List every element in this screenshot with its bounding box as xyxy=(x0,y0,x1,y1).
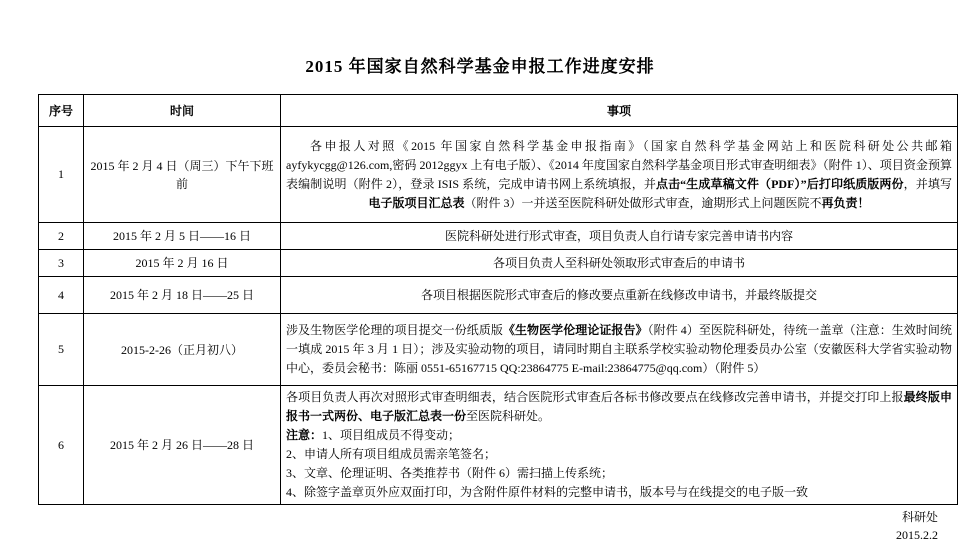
cell-seq: 5 xyxy=(39,314,84,386)
schedule-table: 序号 时间 事项 1 2015 年 2 月 4 日（周三）下午下班前 各申报人对… xyxy=(38,94,958,505)
cell-item: 各申报人对照《2015 年国家自然科学基金申报指南》（国家自然科学基金网站上和医… xyxy=(281,127,958,223)
footer-date: 2015.2.2 xyxy=(0,526,938,544)
cell-seq: 6 xyxy=(39,386,84,505)
header-item: 事项 xyxy=(281,95,958,127)
cell-item: 各项目负责人再次对照形式审查明细表，结合医院形式审查后各标书修改要点在线修改完善… xyxy=(281,386,958,505)
cell-seq: 1 xyxy=(39,127,84,223)
cell-time: 2015-2-26（正月初八） xyxy=(84,314,281,386)
cell-time: 2015 年 2 月 26 日——28 日 xyxy=(84,386,281,505)
cell-seq: 2 xyxy=(39,223,84,250)
table-row: 1 2015 年 2 月 4 日（周三）下午下班前 各申报人对照《2015 年国… xyxy=(39,127,958,223)
cell-time: 2015 年 2 月 16 日 xyxy=(84,250,281,277)
cell-seq: 3 xyxy=(39,250,84,277)
footer-department: 科研处 xyxy=(0,508,938,526)
table-header-row: 序号 时间 事项 xyxy=(39,95,958,127)
cell-time: 2015 年 2 月 18 日——25 日 xyxy=(84,277,281,314)
table-row: 6 2015 年 2 月 26 日——28 日 各项目负责人再次对照形式审查明细… xyxy=(39,386,958,505)
cell-item: 涉及生物医学伦理的项目提交一份纸质版《生物医学伦理论证报告》（附件 4）至医院科… xyxy=(281,314,958,386)
cell-time: 2015 年 2 月 5 日——16 日 xyxy=(84,223,281,250)
cell-item: 各项目负责人至科研处领取形式审查后的申请书 xyxy=(281,250,958,277)
header-time: 时间 xyxy=(84,95,281,127)
table-row: 4 2015 年 2 月 18 日——25 日 各项目根据医院形式审查后的修改要… xyxy=(39,277,958,314)
document-footer: 科研处 2015.2.2 xyxy=(0,508,938,544)
header-seq: 序号 xyxy=(39,95,84,127)
cell-seq: 4 xyxy=(39,277,84,314)
table-row: 2 2015 年 2 月 5 日——16 日 医院科研处进行形式审查，项目负责人… xyxy=(39,223,958,250)
page-title: 2015 年国家自然科学基金申报工作进度安排 xyxy=(0,0,960,94)
table-row: 3 2015 年 2 月 16 日 各项目负责人至科研处领取形式审查后的申请书 xyxy=(39,250,958,277)
cell-item: 各项目根据医院形式审查后的修改要点重新在线修改申请书，并最终版提交 xyxy=(281,277,958,314)
cell-item: 医院科研处进行形式审查，项目负责人自行请专家完善申请书内容 xyxy=(281,223,958,250)
table-row: 5 2015-2-26（正月初八） 涉及生物医学伦理的项目提交一份纸质版《生物医… xyxy=(39,314,958,386)
cell-time: 2015 年 2 月 4 日（周三）下午下班前 xyxy=(84,127,281,223)
